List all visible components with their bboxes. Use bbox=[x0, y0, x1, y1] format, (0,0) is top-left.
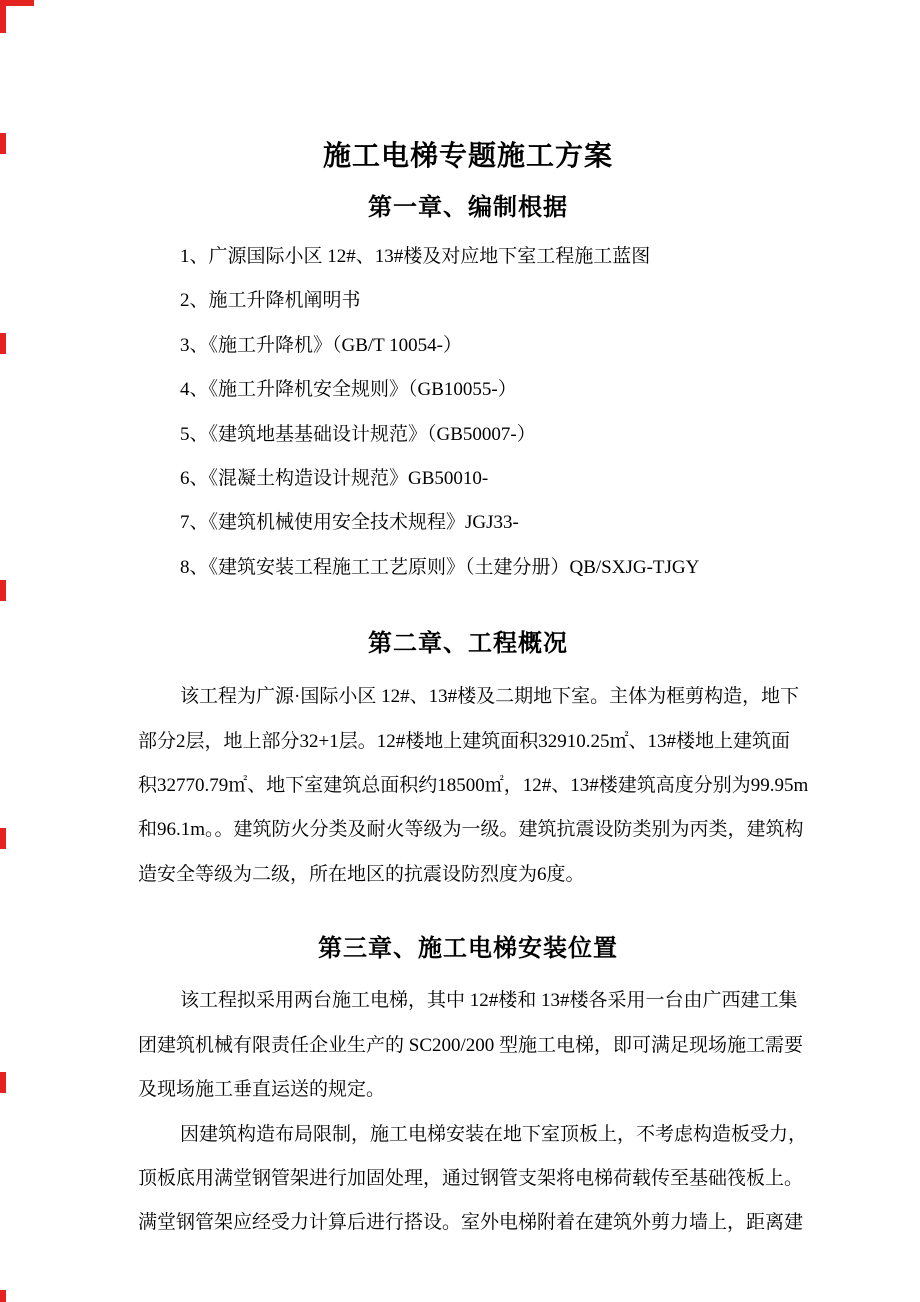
chapter-3-heading: 第三章、施工电梯安装位置 bbox=[138, 933, 798, 966]
document-title: 施工电梯专题施工方案 bbox=[138, 140, 798, 174]
reference-item-3: 3、《施工升降机》（GB/T 10054-） bbox=[138, 324, 798, 368]
page-edge-mark-left-6 bbox=[0, 1072, 6, 1093]
reference-item-4: 4、《施工升降机安全规则》（GB10055-） bbox=[138, 368, 798, 412]
text-line: 部分2层，地上部分32+1层。12#楼地上建筑面积32910.25㎡、13#楼地… bbox=[138, 720, 798, 764]
reference-item-6: 6、《混凝土构造设计规范》GB50010- bbox=[138, 457, 798, 501]
page-edge-mark-left-5 bbox=[0, 828, 6, 849]
reference-list: 1、广源国际小区 12#、13#楼及对应地下室工程施工蓝图 2、施工升降机阐明书… bbox=[138, 235, 798, 590]
text-line: 满堂钢管架应经受力计算后进行搭设。室外电梯附着在建筑外剪力墙上，距离建 bbox=[138, 1201, 798, 1245]
chapter-2-paragraph: 该工程为广源·国际小区 12#、13#楼及二期地下室。主体为框剪构造，地下 部分… bbox=[138, 675, 798, 897]
document-content: 施工电梯专题施工方案 第一章、编制根据 1、广源国际小区 12#、13#楼及对应… bbox=[138, 0, 798, 1246]
page-edge-mark-left-3 bbox=[0, 333, 6, 354]
reference-item-8: 8、《建筑安装工程施工工艺原则》（土建分册）QB/SXJG-TJGY bbox=[138, 546, 798, 590]
text-line: 顶板底用满堂钢管架进行加固处理，通过钢管支架将电梯荷载传至基础筏板上。 bbox=[138, 1157, 798, 1201]
page-edge-mark-left-7 bbox=[0, 1290, 6, 1302]
text-line: 造安全等级为二级，所在地区的抗震设防烈度为6度。 bbox=[138, 853, 798, 897]
reference-item-5: 5、《建筑地基基础设计规范》（GB50007-） bbox=[138, 413, 798, 457]
text-line: 及现场施工垂直运送的规定。 bbox=[138, 1068, 798, 1112]
chapter-1-heading: 第一章、编制根据 bbox=[138, 192, 798, 225]
chapter-2-heading: 第二章、工程概况 bbox=[138, 628, 798, 661]
chapter-3-paragraph-1: 该工程拟采用两台施工电梯，其中 12#楼和 13#楼各采用一台由广西建工集 团建… bbox=[138, 979, 798, 1112]
text-line: 团建筑机械有限责任企业生产的 SC200/200 型施工电梯，即可满足现场施工需… bbox=[138, 1024, 798, 1068]
text-line: 该工程拟采用两台施工电梯，其中 12#楼和 13#楼各采用一台由广西建工集 bbox=[138, 979, 798, 1023]
reference-item-1: 1、广源国际小区 12#、13#楼及对应地下室工程施工蓝图 bbox=[138, 235, 798, 279]
text-line: 和96.1m。。建筑防火分类及耐火等级为一级。建筑抗震设防类别为丙类，建筑构 bbox=[138, 808, 798, 852]
chapter-3-paragraph-2: 因建筑构造布局限制，施工电梯安装在地下室顶板上，不考虑构造板受力， 顶板底用满堂… bbox=[138, 1113, 798, 1246]
text-line: 该工程为广源·国际小区 12#、13#楼及二期地下室。主体为框剪构造，地下 bbox=[138, 675, 798, 719]
document-page: 施工电梯专题施工方案 第一章、编制根据 1、广源国际小区 12#、13#楼及对应… bbox=[0, 0, 920, 1302]
reference-item-2: 2、施工升降机阐明书 bbox=[138, 279, 798, 323]
page-edge-mark-left-1 bbox=[0, 0, 6, 33]
text-line: 积32770.79㎡、地下室建筑总面积约18500㎡，12#、13#楼建筑高度分… bbox=[138, 764, 798, 808]
text-line: 因建筑构造布局限制，施工电梯安装在地下室顶板上，不考虑构造板受力， bbox=[138, 1113, 798, 1157]
page-edge-mark-left-2 bbox=[0, 133, 6, 154]
reference-item-7: 7、《建筑机械使用安全技术规程》JGJ33- bbox=[138, 501, 798, 545]
page-edge-mark-left-4 bbox=[0, 580, 6, 601]
